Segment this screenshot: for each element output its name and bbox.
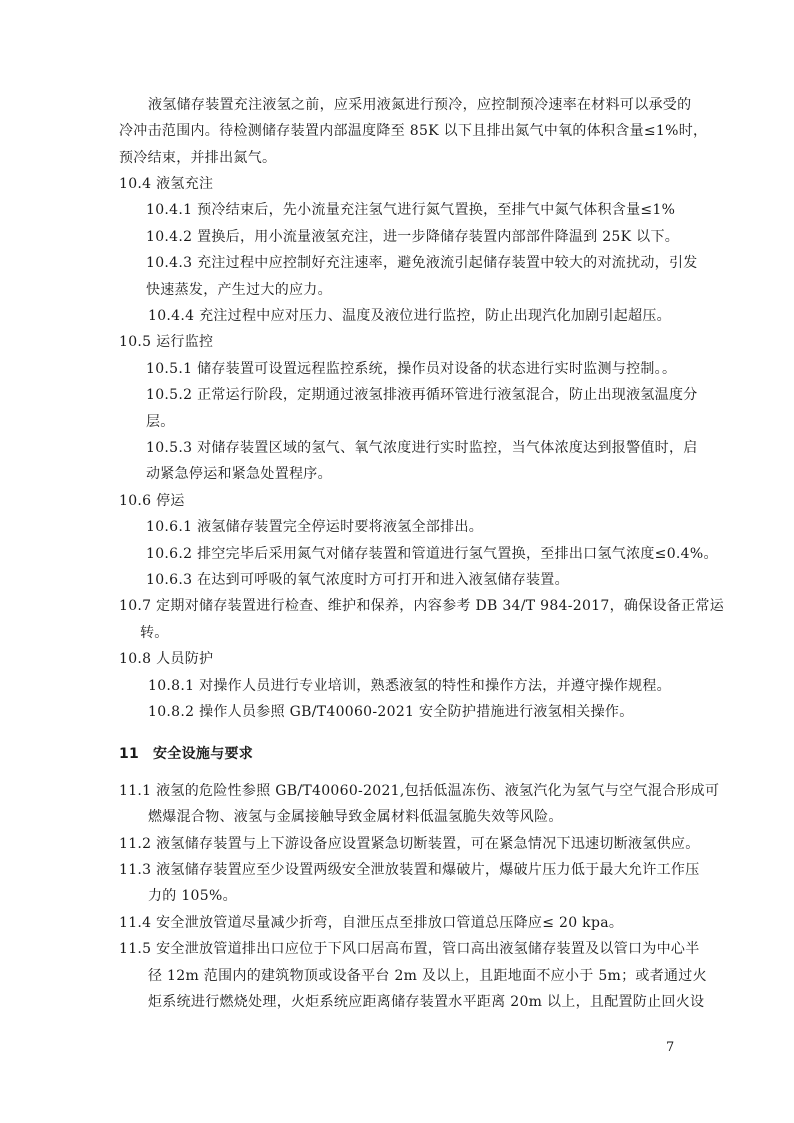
text-line: 10.5 运行监控 xyxy=(119,332,213,352)
section-title: 安全设施与要求 xyxy=(153,746,253,762)
text-line: 10.5.1 储存装置可设置远程监控系统，操作员对设备的状态进行实时监测与控制。… xyxy=(146,359,676,379)
text-line: 10.8 人员防护 xyxy=(119,649,213,669)
text-line: 径 12m 范围内的建筑物顶或设备平台 2m 及以上，且距地面不应小于 5m；或… xyxy=(148,966,707,986)
section-heading: 11安全设施与要求 xyxy=(119,744,253,764)
text-line: 10.8.2 操作人员参照 GB/T40060-2021 安全防护措施进行液氢相… xyxy=(148,702,634,722)
text-line: 11.2 液氢储存装置与上下游设备应设置紧急切断装置，可在紧急情况下迅速切断液氢… xyxy=(119,834,700,854)
text-line: 转。 xyxy=(140,623,169,643)
text-line: 10.8.1 对操作人员进行专业培训，熟悉液氢的特性和操作方法，并遵守操作规程。 xyxy=(148,676,671,696)
text-line: 10.4.1 预冷结束后，先小流量充注氢气进行氮气置换，至排气中氮气体积含量≤1… xyxy=(146,200,675,220)
text-line: 10.4.3 充注过程中应控制好充注速率，避免液流引起储存装置中较大的对流扰动，… xyxy=(146,253,698,273)
text-line: 11.1 液氢的危险性参照 GB/T40060-2021,包括低温冻伤、液氢汽化… xyxy=(119,781,719,801)
text-line: 10.5.3 对储存装置区域的氢气、氧气浓度进行实时监控，当气体浓度达到报警值时… xyxy=(146,438,698,458)
text-line: 燃爆混合物、液氢与金属接触导致金属材料低温氢脆失效等风险。 xyxy=(148,807,563,827)
text-line: 10.7 定期对储存装置进行检查、维护和保养，内容参考 DB 34/T 984-… xyxy=(119,596,724,616)
text-line: 10.4.4 充注过程中应对压力、温度及液位进行监控，防止出现汽化加剧引起超压。 xyxy=(148,306,671,326)
text-line: 10.6 停运 xyxy=(119,491,185,511)
text-line: 冷冲击范围内。待检测储存装置内部温度降至 85K 以下且排出氮气中氧的体积含量≤… xyxy=(119,121,707,141)
text-line: 预冷结束，并排出氮气。 xyxy=(119,148,276,168)
text-line: 10.6.1 液氢储存装置完全停运时要将液氢全部排出。 xyxy=(146,517,483,537)
text-line: 炬系统进行燃烧处理，火炬系统应距离储存装置水平距离 20m 以上，且配置防止回火… xyxy=(148,992,704,1012)
text-line: 快速蒸发，产生过大的应力。 xyxy=(146,280,332,300)
text-line: 11.3 液氢储存装置应至少设置两级安全泄放装置和爆破片，爆破片压力低于最大允许… xyxy=(119,860,700,880)
text-line: 10.6.2 排空完毕后采用氮气对储存装置和管道进行氢气置换，至排出口氢气浓度≤… xyxy=(146,544,718,564)
text-line: 10.5.2 正常运行阶段，定期通过液氢排液再循环管进行液氢混合，防止出现液氢温… xyxy=(146,385,698,405)
text-line: 11.5 安全泄放管道排出口应位于下风口居高布置，管口高出液氢储存装置及以管口为… xyxy=(119,939,700,959)
page-number: 7 xyxy=(666,1040,674,1055)
text-line: 动紧急停运和紧急处置程序。 xyxy=(146,464,332,484)
text-line: 11.4 安全泄放管道尽量减少折弯，自泄压点至排放口管道总压降应≤ 20 kpa… xyxy=(119,913,623,933)
section-number: 11 xyxy=(119,744,153,764)
text-line: 液氢储存装置充注液氢之前，应采用液氮进行预冷，应控制预冷速率在材料可以承受的 xyxy=(148,95,691,115)
text-line: 10.4.2 置换后，用小流量液氢充注，进一步降储存装置内部部件降温到 25K … xyxy=(146,227,679,247)
text-line: 10.4 液氢充注 xyxy=(119,174,213,194)
text-line: 层。 xyxy=(146,412,175,432)
text-line: 力的 105%。 xyxy=(148,886,237,906)
text-line: 10.6.3 在达到可呼吸的氧气浓度时方可打开和进入液氢储存装置。 xyxy=(146,570,569,590)
document-page: 液氢储存装置充注液氢之前，应采用液氮进行预冷，应控制预冷速率在材料可以承受的冷冲… xyxy=(0,0,794,1123)
